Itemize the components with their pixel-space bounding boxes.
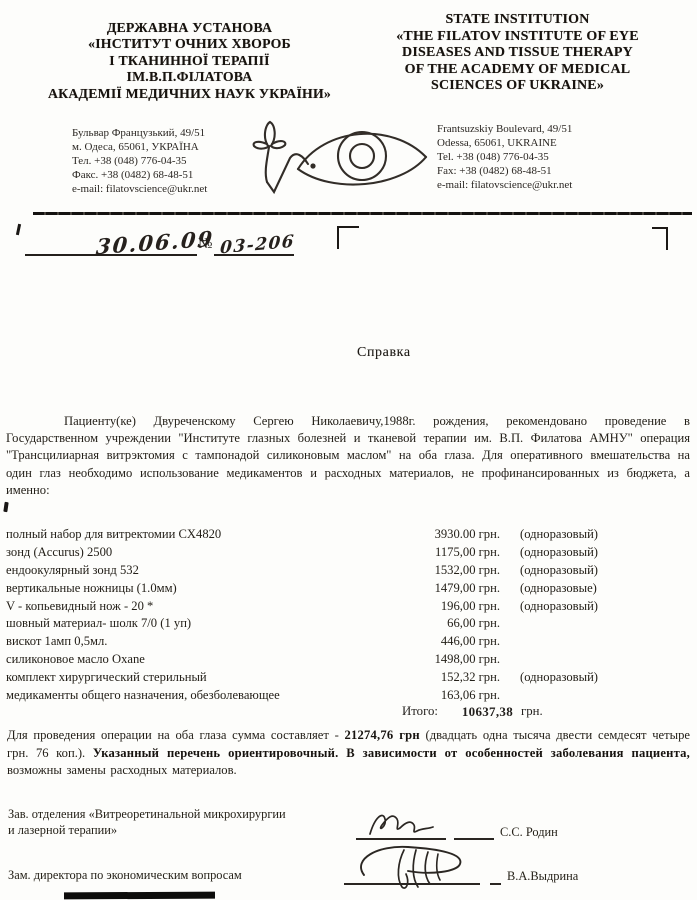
item-row: V - копьевидный нож - 20 * 196,00 грн. (… (6, 599, 690, 617)
item-row: ендоокулярный зонд 532 1532,00 грн. (одн… (6, 563, 690, 581)
item-row: полный набор для витректомии CX4820 3930… (6, 527, 690, 545)
institution-name-line: АКАДЕМІЇ МЕДИЧНИХ НАУК УКРАЇНИ» (22, 86, 357, 102)
item-note: (одноразовый) (500, 670, 690, 685)
email-line: e-mail: filatovscience@ukr.net (437, 179, 572, 193)
email-line: e-mail: filatovscience@ukr.net (72, 183, 207, 197)
institution-name-line: SCIENCES OF UKRAINE» (350, 78, 685, 95)
number-sign: № (198, 236, 212, 253)
eye-flower-logo-icon (250, 116, 435, 213)
item-name: вискот 1амп 0,5мл. (6, 634, 378, 649)
fax-line: Факс. +38 (0482) 68-48-51 (72, 169, 207, 183)
item-price: 3930.00 грн. (378, 527, 500, 542)
signatory-title-2: Зам. директора по экономическим вопросам (8, 867, 368, 883)
total-label: Итого: (402, 704, 438, 719)
item-row: комплект хирургический стерильный 152,32… (6, 670, 690, 688)
item-price: 152,32 грн. (378, 670, 500, 685)
item-price: 66,00 грн. (378, 616, 500, 631)
item-name: зонд (Accurus) 2500 (6, 545, 378, 560)
item-note: (одноразовый) (500, 563, 690, 578)
item-price: 1532,00 грн. (378, 563, 500, 578)
institution-name-line: ІМ.В.П.ФІЛАТОВА (22, 69, 357, 85)
fax-line: Fax: +38 (0482) 68-48-51 (437, 165, 572, 179)
institution-name-line: OF THE ACADEMY OF MEDICAL (350, 62, 685, 79)
institution-name-line: І ТКАНИННОЇ ТЕРАПІЇ (22, 53, 357, 69)
address-line: Бульвар Французький, 49/51 (72, 127, 207, 141)
institution-name-line: STATE INSTITUTION (350, 12, 685, 29)
item-name: медикаменты общего назначения, обезболев… (6, 688, 378, 703)
item-row: вискот 1амп 0,5мл. 446,00 грн. (6, 634, 690, 652)
item-note: (одноразовые) (500, 581, 690, 596)
item-price: 163,06 грн. (378, 688, 500, 703)
item-price: 446,00 грн. (378, 634, 500, 649)
institution-name-line: DISEASES AND TISSUE THERAPY (350, 45, 685, 62)
item-name: комплект хирургический стерильный (6, 670, 378, 685)
total-amount: 10637,38 (435, 704, 513, 720)
item-row: шовный материал- шолк 7/0 (1 уп) 66,00 г… (6, 616, 690, 634)
item-row: вертикальные ножницы (1.0мм) 1479,00 грн… (6, 581, 690, 599)
item-name: шовный материал- шолк 7/0 (1 уп) (6, 616, 378, 631)
institution-name-english: STATE INSTITUTION «THE FILATOV INSTITUTE… (350, 12, 685, 95)
contact-block-english: Frantsuzskiy Boulevard, 49/51 Odessa, 65… (437, 123, 572, 193)
item-name: ендоокулярный зонд 532 (6, 563, 378, 578)
phone-line: Тел. +38 (048) 776-04-35 (72, 155, 207, 169)
signature-line (344, 883, 480, 885)
item-note: (одноразовый) (500, 527, 690, 542)
document-title: Справка (357, 345, 411, 361)
item-row: зонд (Accurus) 2500 1175,00 грн. (однора… (6, 545, 690, 563)
crop-mark-left (337, 226, 359, 249)
scanned-certificate-page: ДЕРЖАВНА УСТАНОВА «ІНСТИТУТ ОЧНИХ ХВОРОБ… (0, 0, 697, 900)
conclusion-total-amount: 21274,76 грн (345, 728, 420, 742)
item-row: медикаменты общего назначения, обезболев… (6, 688, 690, 706)
item-note: (одноразовый) (500, 599, 690, 614)
signature-rodin-scribble (366, 808, 438, 840)
item-price: 196,00 грн. (378, 599, 500, 614)
header-divider-line (33, 212, 692, 215)
item-name: вертикальные ножницы (1.0мм) (6, 581, 378, 596)
address-line: Odessa, 65061, UKRAINE (437, 137, 572, 151)
scan-artifact-bar (64, 892, 215, 900)
address-line: м. Одеса, 65061, УКРАЇНА (72, 141, 207, 155)
signature-line (454, 838, 494, 840)
body-paragraph: Пациенту(ке) Двуреченскому Сергею Никола… (6, 413, 690, 499)
item-name: полный набор для витректомии CX4820 (6, 527, 378, 542)
items-list: полный набор для витректомии CX4820 3930… (6, 527, 690, 706)
signatory-title-line: и лазерной терапии» (8, 822, 348, 838)
item-name: силиконовое масло Oxane (6, 652, 378, 667)
scan-artifact-mark (3, 502, 8, 512)
signatory-name-1: С.С. Родин (500, 825, 558, 840)
institution-name-ukrainian: ДЕРЖАВНА УСТАНОВА «ІНСТИТУТ ОЧНИХ ХВОРОБ… (22, 20, 357, 102)
institution-name-line: ДЕРЖАВНА УСТАНОВА (22, 20, 357, 36)
item-price: 1175,00 грн. (378, 545, 500, 560)
phone-line: Tel. +38 (048) 776-04-35 (437, 151, 572, 165)
crop-mark-right (652, 227, 668, 250)
date-underline (25, 254, 197, 256)
institution-name-line: «ІНСТИТУТ ОЧНИХ ХВОРОБ (22, 36, 357, 52)
signatory-title-1: Зав. отделения «Витреоретинальной микрох… (8, 806, 348, 838)
item-row: силиконовое масло Oxane 1498,00 грн. (6, 652, 690, 670)
conclusion-text: Для проведения операции на оба глаза сум… (7, 728, 345, 742)
signatory-title-line: Зам. директора по экономическим вопросам (8, 867, 368, 883)
signatory-name-2: В.А.Выдрина (507, 869, 578, 884)
number-underline (214, 254, 294, 256)
conclusion-paragraph: Для проведения операции на оба глаза сум… (7, 727, 690, 780)
item-note: (одноразовый) (500, 545, 690, 560)
item-price: 1498,00 грн. (378, 652, 500, 667)
signatory-title-line: Зав. отделения «Витреоретинальной микрох… (8, 806, 348, 822)
scan-artifact-mark (16, 224, 21, 235)
signature-line (490, 883, 501, 885)
conclusion-text: возможны замены расходных материалов. (7, 763, 237, 777)
item-price: 1479,00 грн. (378, 581, 500, 596)
signature-line (356, 838, 446, 840)
conclusion-bold-sentence: Указанный перечень ориентировочный. В за… (93, 746, 690, 760)
item-name: V - копьевидный нож - 20 * (6, 599, 378, 614)
contact-block-ukrainian: Бульвар Французький, 49/51 м. Одеса, 650… (72, 127, 207, 197)
institution-name-line: «THE FILATOV INSTITUTE OF EYE (350, 29, 685, 46)
address-line: Frantsuzskiy Boulevard, 49/51 (437, 123, 572, 137)
total-currency: грн. (521, 704, 543, 719)
